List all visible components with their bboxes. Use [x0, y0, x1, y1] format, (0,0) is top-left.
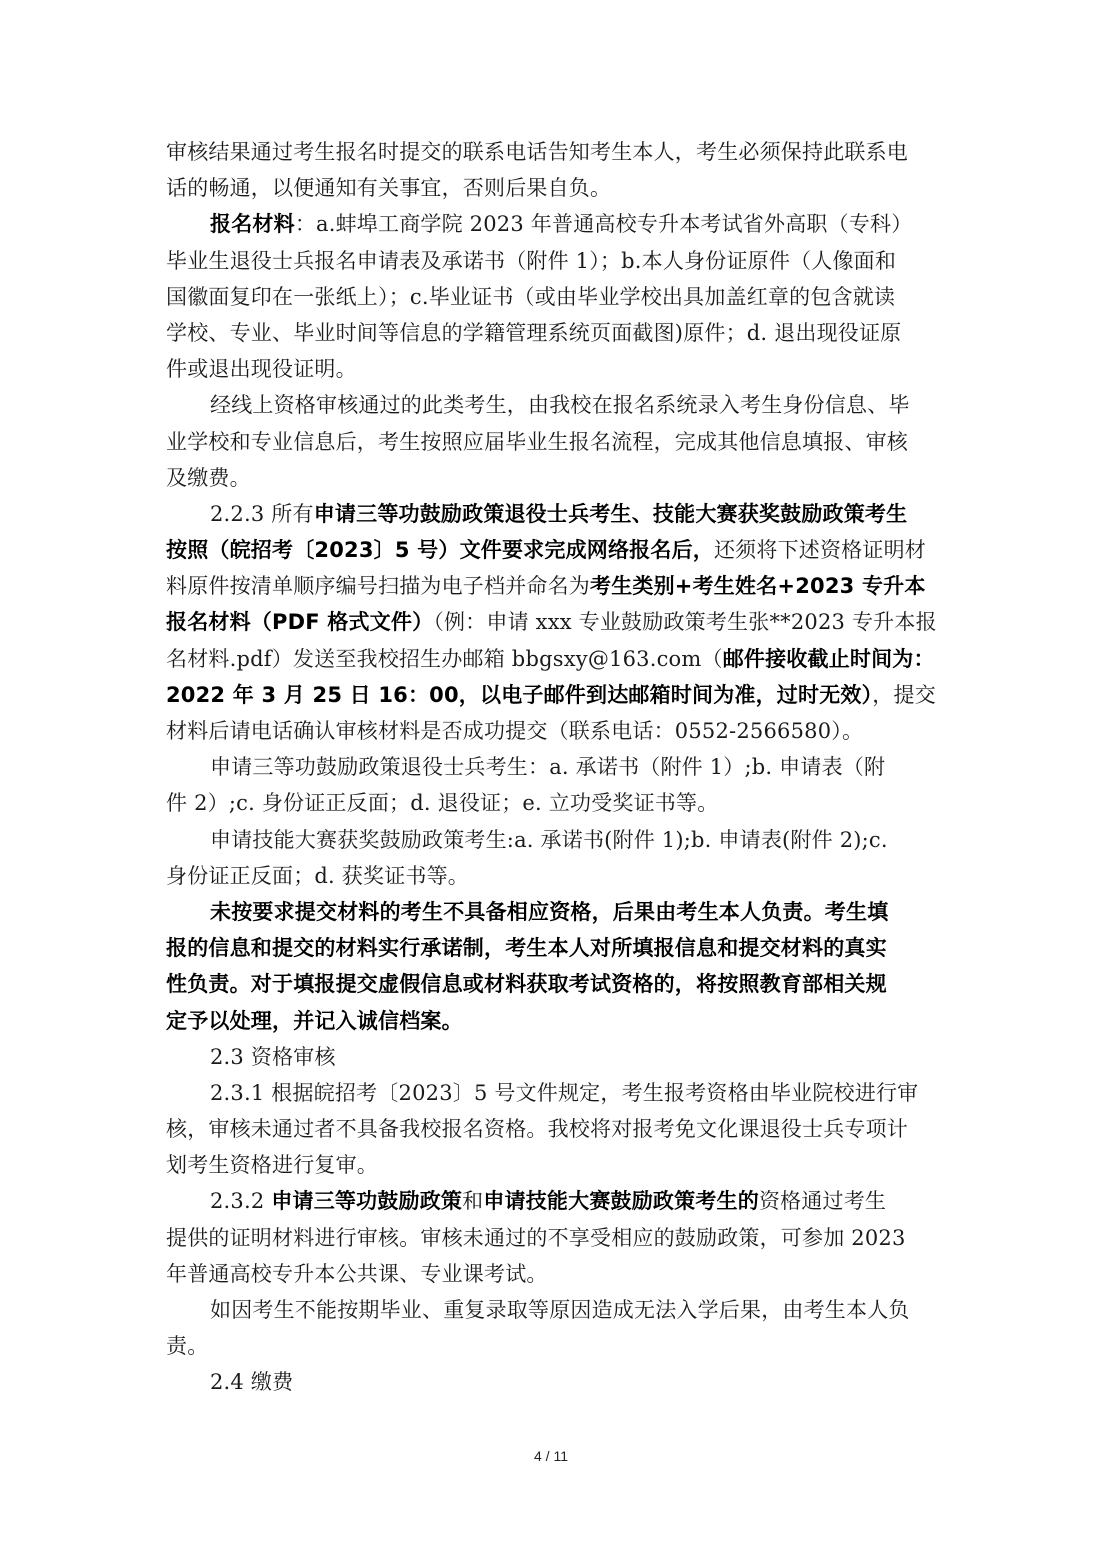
text-run: 年普通高校专升本公共课、专业课考试。: [166, 1262, 548, 1286]
text-run: 话的畅通，以便通知有关事宜，否则后果自负。: [166, 176, 611, 200]
bold-run: 申请技能大赛鼓励政策考生的: [483, 1189, 759, 1213]
warning-text: 定予以处理，并记入诚信档案。: [166, 1009, 463, 1033]
text-run: 2.3.1 根据皖招考〔2023〕5 号文件规定，考生报考资格由毕业院校进行审: [210, 1081, 918, 1105]
bold-run: 考生类别+考生姓名+2023 专升本: [590, 574, 926, 598]
text-line: 按照（皖招考〔2023〕5 号）文件要求完成网络报名后，还须将下述资格证明材: [166, 532, 938, 568]
text-run: 和: [462, 1189, 483, 1213]
text-line: 学校、专业、毕业时间等信息的学籍管理系统页面截图)原件；d. 退出现役证原: [166, 315, 938, 351]
text-run: （例：申请 xxx 专业鼓励政策考生张**2023 专升本报: [433, 610, 937, 634]
text-line: 2.2.3 所有申请三等功鼓励政策退役士兵考生、技能大赛获奖鼓励政策考生: [166, 496, 938, 532]
section-number: 2.3.2: [210, 1189, 271, 1213]
phone-text: 材料后请电话确认审核材料是否成功提交（联系电话：0552-2566580）。: [166, 719, 863, 743]
text-line: 提供的证明材料进行审核。审核未通过的不享受相应的鼓励政策，可参加 2023: [166, 1220, 938, 1256]
text-line: 话的畅通，以便通知有关事宜，否则后果自负。: [166, 170, 938, 206]
text-line: 件 2）;c. 身份证正反面；d. 退役证；e. 立功受奖证书等。: [166, 785, 938, 821]
text-run: 资格通过考生: [759, 1189, 886, 1213]
text-line: 经线上资格审核通过的此类考生，由我校在报名系统录入考生身份信息、毕: [166, 387, 938, 423]
text-run: 件 2）;c. 身份证正反面；d. 退役证；e. 立功受奖证书等。: [166, 791, 718, 815]
section-heading: 2.4 缴费: [166, 1364, 938, 1400]
bold-run: 邮件接收截止时间为：: [723, 647, 935, 671]
text-line: 性负责。对于填报提交虚假信息或材料获取考试资格的，将按照教育部相关规: [166, 966, 938, 1002]
text-run: 业学校和专业信息后，考生按照应届毕业生报名流程，完成其他信息填报、审核: [166, 430, 908, 454]
bold-run: 申请三等功鼓励政策: [271, 1189, 462, 1213]
text-line: 申请技能大赛获奖鼓励政策考生:a. 承诺书(附件 1);b. 申请表(附件 2)…: [166, 822, 938, 858]
text-line: 2.3.1 根据皖招考〔2023〕5 号文件规定，考生报考资格由毕业院校进行审: [166, 1075, 938, 1111]
bold-run: 申请三等功鼓励政策退役士兵考生、技能大赛获奖鼓励政策考生: [314, 502, 908, 526]
text-line: 件或退出现役证明。: [166, 351, 938, 387]
document-page: 审核结果通过考生报名时提交的联系电话告知考生本人，考生必须保持此联系电 话的畅通…: [166, 134, 938, 1401]
bold-run: 报名材料（PDF 格式文件）: [166, 610, 433, 634]
text-line: 核，审核未通过者不具备我校报名资格。我校将对报考免文化课退役士兵专项计: [166, 1111, 938, 1147]
text-run: 审核结果通过考生报名时提交的联系电话告知考生本人，考生必须保持此联系电: [166, 140, 908, 164]
heading-text: 2.3 资格审核: [210, 1045, 336, 1069]
warning-text: 未按要求提交材料的考生不具备相应资格，后果由考生本人负责。考生填: [210, 900, 888, 924]
bold-run: 按照（皖招考〔2023〕5 号）文件要求完成网络报名后，: [166, 538, 714, 562]
text-line: 年普通高校专升本公共课、专业课考试。: [166, 1256, 938, 1292]
text-line: 及缴费。: [166, 460, 938, 496]
text-line: 报的信息和提交的材料实行承诺制，考生本人对所填报信息和提交材料的真实: [166, 930, 938, 966]
heading-text: 2.4 缴费: [210, 1370, 293, 1394]
email-text: 名材料.pdf）发送至我校招生办邮箱 bbgsxy@163.com（: [166, 647, 723, 671]
text-line: 如因考生不能按期毕业、重复录取等原因造成无法入学后果，由考生本人负: [166, 1292, 938, 1328]
text-line: 2.3.2 申请三等功鼓励政策和申请技能大赛鼓励政策考生的资格通过考生: [166, 1183, 938, 1219]
text-line: 报名材料（PDF 格式文件）（例：申请 xxx 专业鼓励政策考生张**2023 …: [166, 604, 938, 640]
text-run: 及缴费。: [166, 466, 251, 490]
text-run: 责。: [166, 1334, 208, 1358]
deadline-text: 2022 年 3 月 25 日 16：00，以电子邮件到达邮箱时间为准，过时无效…: [166, 683, 872, 707]
text-line: 报名材料：a.蚌埠工商学院 2023 年普通高校专升本考试省外高职（专科）: [166, 206, 938, 242]
text-run: 提供的证明材料进行审核。审核未通过的不享受相应的鼓励政策，可参加 2023: [166, 1226, 906, 1250]
text-run: 毕业生退役士兵报名申请表及承诺书（附件 1）；b.本人身份证原件（人像面和: [166, 249, 896, 273]
text-line: 申请三等功鼓励政策退役士兵考生：a. 承诺书（附件 1）;b. 申请表（附: [166, 749, 938, 785]
text-run: 经线上资格审核通过的此类考生，由我校在报名系统录入考生身份信息、毕: [210, 393, 910, 417]
text-run: 如因考生不能按期毕业、重复录取等原因造成无法入学后果，由考生本人负: [210, 1298, 910, 1322]
text-line: 2022 年 3 月 25 日 16：00，以电子邮件到达邮箱时间为准，过时无效…: [166, 677, 938, 713]
text-line: 定予以处理，并记入诚信档案。: [166, 1003, 938, 1039]
text-line: 国徽面复印在一张纸上）；c.毕业证书（或由毕业学校出具加盖红章的包含就读: [166, 279, 938, 315]
text-line: 未按要求提交材料的考生不具备相应资格，后果由考生本人负责。考生填: [166, 894, 938, 930]
text-run: 申请三等功鼓励政策退役士兵考生：a. 承诺书（附件 1）;b. 申请表（附: [210, 755, 885, 779]
text-line: 材料后请电话确认审核材料是否成功提交（联系电话：0552-2566580）。: [166, 713, 938, 749]
text-run: 划考生资格进行复审。: [166, 1153, 378, 1177]
text-line: 责。: [166, 1328, 938, 1364]
text-run: 申请技能大赛获奖鼓励政策考生:a. 承诺书(附件 1);b. 申请表(附件 2)…: [210, 828, 888, 852]
text-line: 业学校和专业信息后，考生按照应届毕业生报名流程，完成其他信息填报、审核: [166, 424, 938, 460]
section-heading: 2.3 资格审核: [166, 1039, 938, 1075]
warning-text: 报的信息和提交的材料实行承诺制，考生本人对所填报信息和提交材料的真实: [166, 936, 887, 960]
text-run: 核，审核未通过者不具备我校报名资格。我校将对报考免文化课退役士兵专项计: [166, 1117, 908, 1141]
text-run: 学校、专业、毕业时间等信息的学籍管理系统页面截图)原件；d. 退出现役证原: [166, 321, 901, 345]
text-run: 身份证正反面；d. 获奖证书等。: [166, 864, 469, 888]
text-run: ，提交: [872, 683, 936, 707]
text-line: 毕业生退役士兵报名申请表及承诺书（附件 1）；b.本人身份证原件（人像面和: [166, 243, 938, 279]
text-line: 名材料.pdf）发送至我校招生办邮箱 bbgsxy@163.com（邮件接收截止…: [166, 641, 938, 677]
section-number: 2.2.3 所有: [210, 502, 314, 526]
text-line: 审核结果通过考生报名时提交的联系电话告知考生本人，考生必须保持此联系电: [166, 134, 938, 170]
warning-text: 性负责。对于填报提交虚假信息或材料获取考试资格的，将按照教育部相关规: [166, 972, 887, 996]
bold-label: 报名材料: [210, 212, 295, 236]
text-run: 国徽面复印在一张纸上）；c.毕业证书（或由毕业学校出具加盖红章的包含就读: [166, 285, 895, 309]
text-line: 料原件按清单顺序编号扫描为电子档并命名为考生类别+考生姓名+2023 专升本: [166, 568, 938, 604]
text-line: 划考生资格进行复审。: [166, 1147, 938, 1183]
text-run: 件或退出现役证明。: [166, 357, 357, 381]
text-run: ：a.蚌埠工商学院 2023 年普通高校专升本考试省外高职（专科）: [295, 212, 913, 236]
text-line: 身份证正反面；d. 获奖证书等。: [166, 858, 938, 894]
text-run: 还须将下述资格证明材: [714, 538, 926, 562]
text-run: 料原件按清单顺序编号扫描为电子档并命名为: [166, 574, 590, 598]
page-number: 4 / 11: [0, 1448, 1102, 1464]
